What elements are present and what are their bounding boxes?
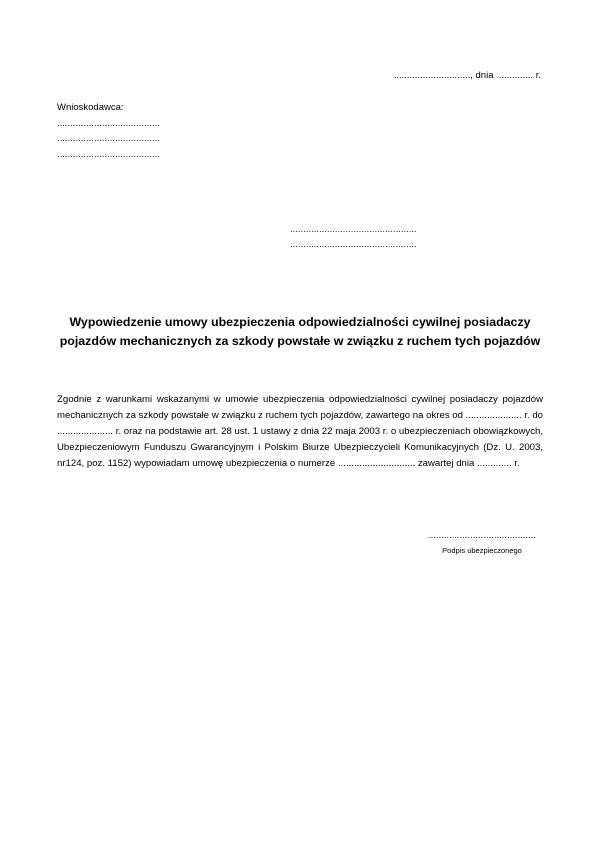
body-paragraph: Zgodnie z warunkami wskazanymi w umowie …	[57, 392, 543, 472]
document-title: Wypowiedzenie umowy ubezpieczenia odpowi…	[40, 313, 560, 351]
signature-label: Podpis ubezpieczonego	[418, 546, 546, 555]
applicant-block: Wnioskodawca: ..........................…	[57, 100, 160, 162]
applicant-line-2: .......................................	[57, 131, 160, 147]
body-paragraph-block: Zgodnie z warunkami wskazanymi w umowie …	[57, 392, 543, 472]
document-title-line-2: pojazdów mechanicznych za szkody powstał…	[40, 332, 560, 351]
document-title-line-1: Wypowiedzenie umowy ubezpieczenia odpowi…	[40, 313, 560, 332]
signature-line: ........................................…	[418, 530, 546, 541]
recipient-block: ........................................…	[290, 222, 417, 252]
recipient-line-1: ........................................…	[290, 222, 417, 237]
applicant-line-1: .......................................	[57, 116, 160, 132]
applicant-label: Wnioskodawca:	[57, 100, 160, 116]
applicant-line-3: .......................................	[57, 147, 160, 163]
place-and-date-line: ............................., dnia ....…	[394, 70, 541, 81]
recipient-line-2: ........................................…	[290, 237, 417, 252]
